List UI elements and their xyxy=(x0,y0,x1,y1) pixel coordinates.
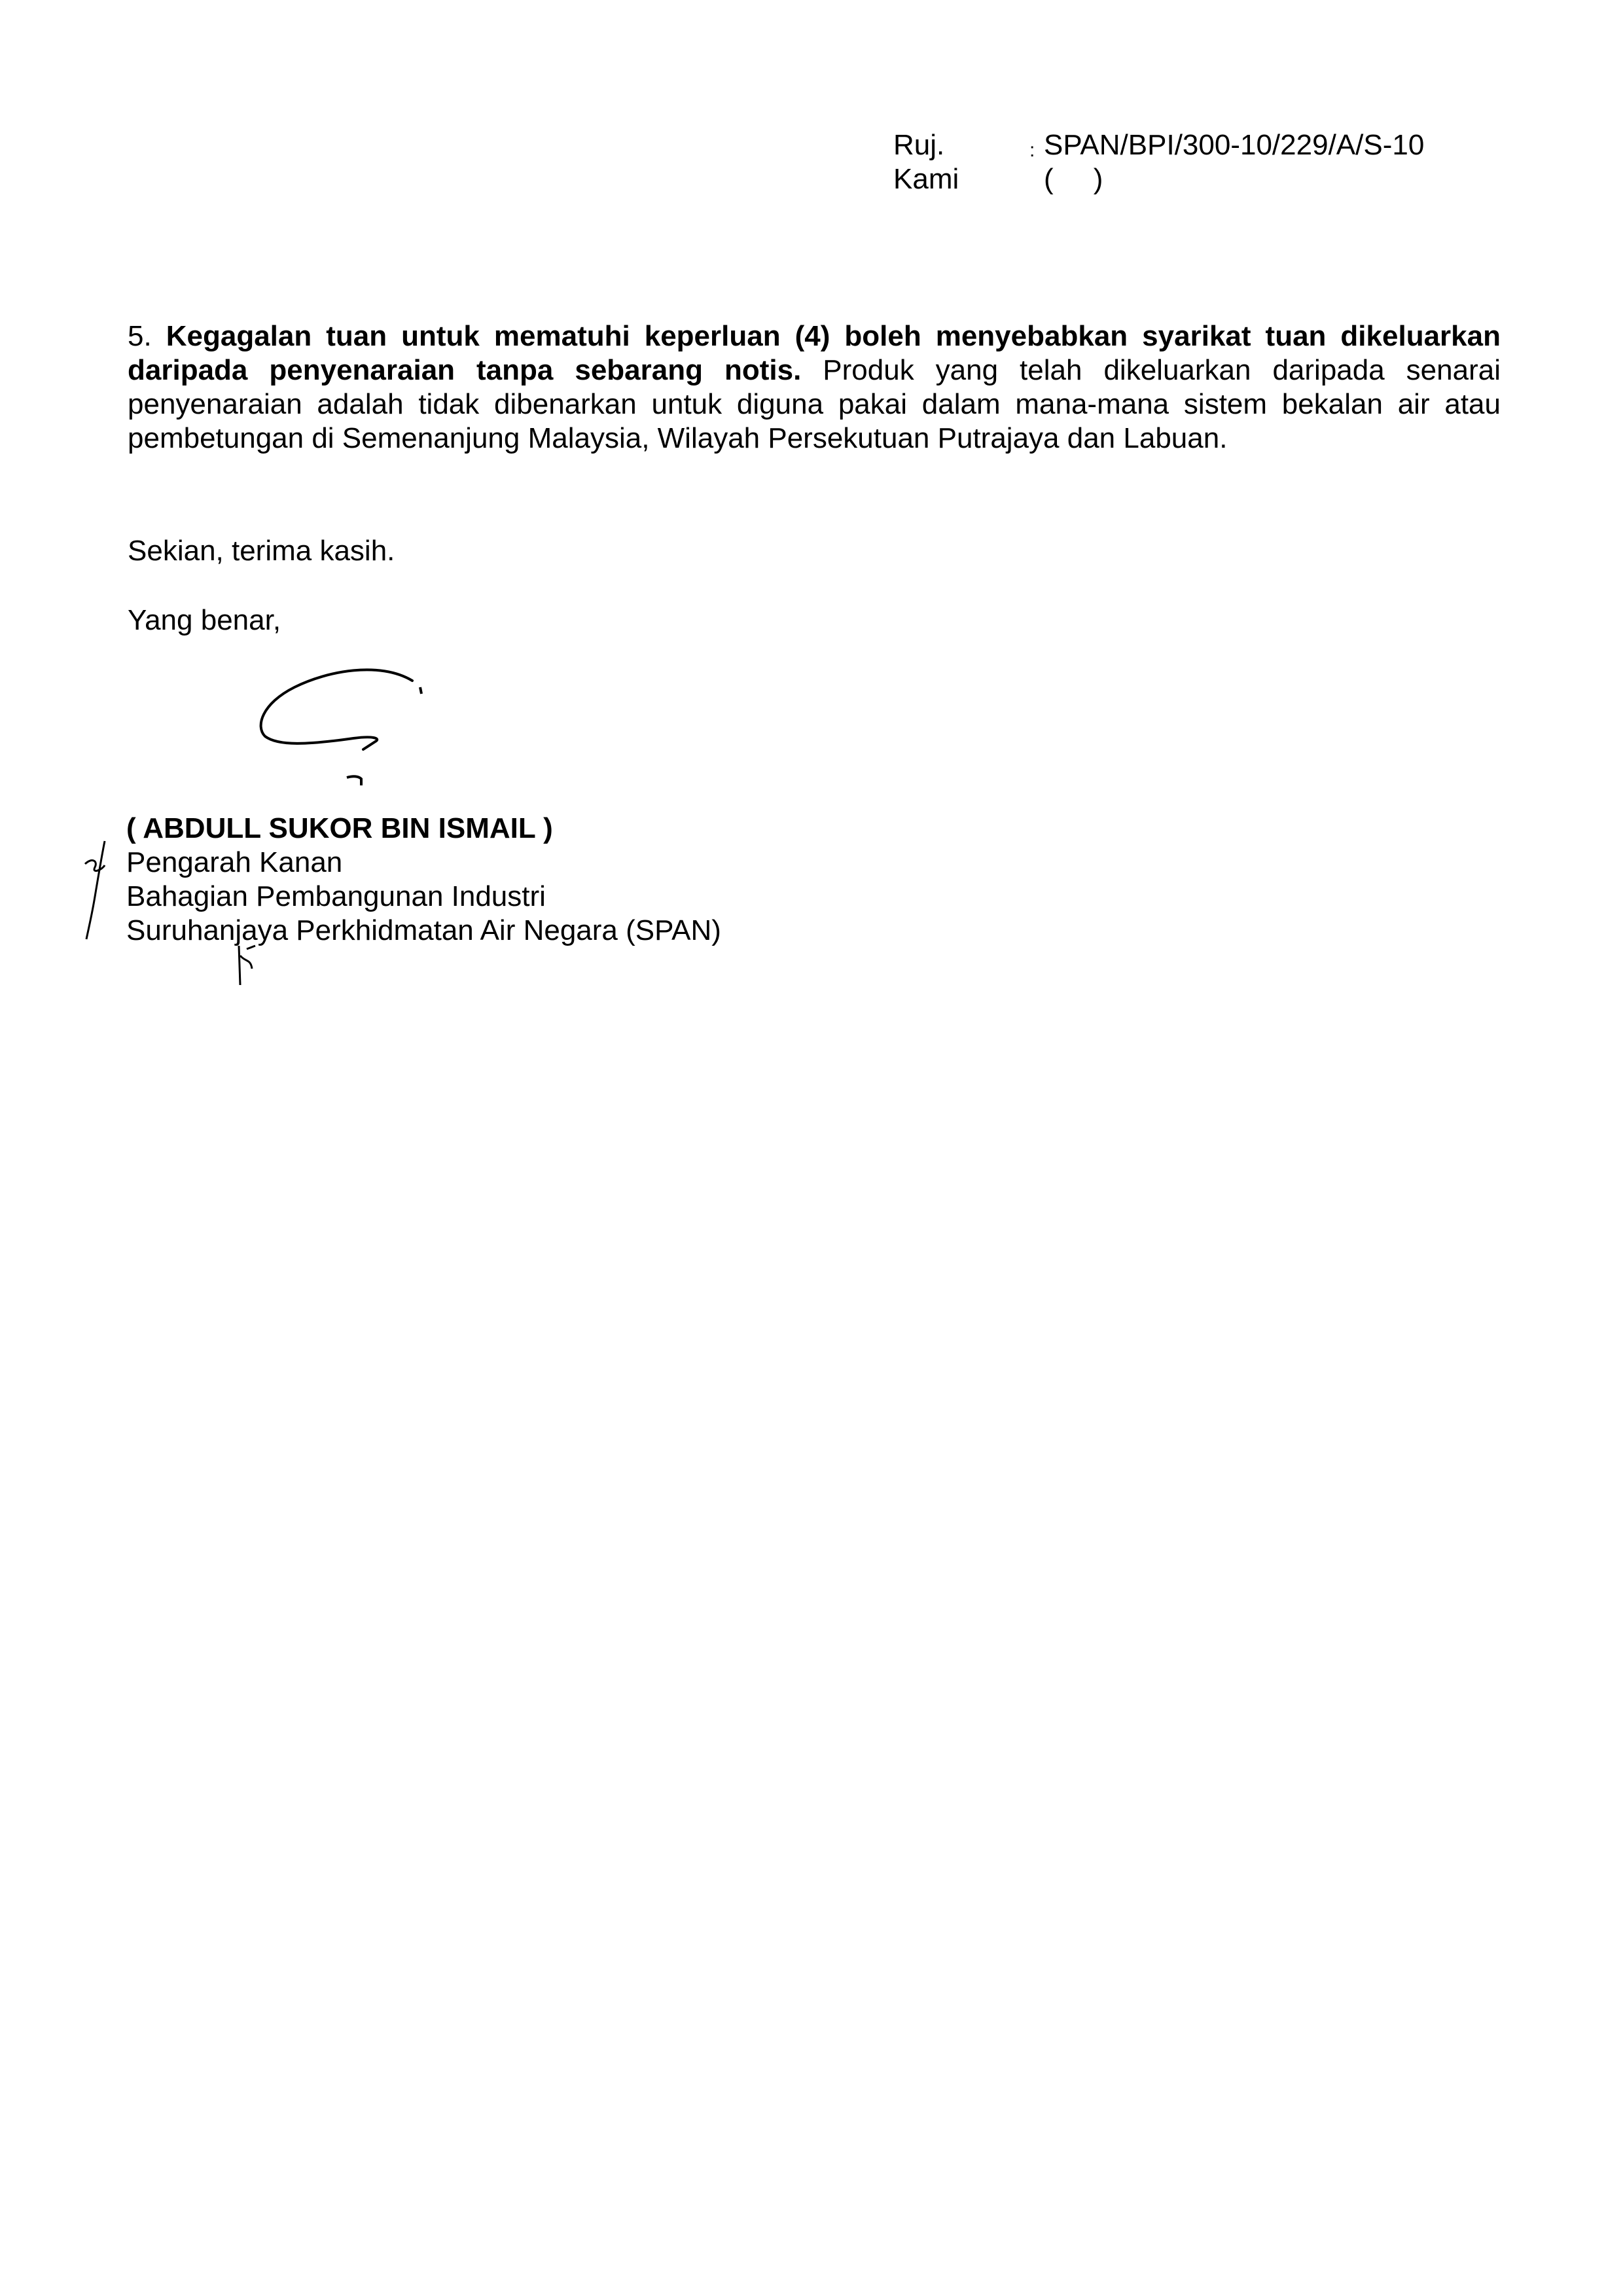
reference-number: SPAN/BPI/300-10/229/A/S-10 xyxy=(1044,128,1424,162)
signatory-division: Bahagian Pembangunan Industri xyxy=(126,880,721,914)
reference-number-kami: ( ) xyxy=(1044,162,1103,196)
signature-icon xyxy=(249,655,432,785)
reference-block: Ruj. : SPAN/BPI/300-10/229/A/S-10 Kami (… xyxy=(893,128,1424,196)
paragraph-5: 5. Kegagalan tuan untuk mematuhi keperlu… xyxy=(128,319,1501,456)
signatory-title: Pengarah Kanan xyxy=(126,846,721,880)
reference-row-kami: Kami ( ) xyxy=(893,162,1424,196)
reference-label-kami: Kami xyxy=(893,162,1024,196)
signatory-block: ( ABDULL SUKOR BIN ISMAIL ) Pengarah Kan… xyxy=(126,812,721,948)
closing-salutation: Yang benar, xyxy=(128,603,281,637)
reference-colon xyxy=(1024,162,1044,196)
signatory-name: ( ABDULL SUKOR BIN ISMAIL ) xyxy=(126,812,721,846)
handwritten-initial-icon xyxy=(79,838,118,942)
handwritten-initial-icon xyxy=(232,942,265,988)
signatory-organization: Suruhanjaya Perkhidmatan Air Negara (SPA… xyxy=(126,914,721,948)
reference-label: Ruj. xyxy=(893,128,1024,162)
closing-thanks: Sekian, terima kasih. xyxy=(128,534,395,568)
paragraph-number: 5. xyxy=(128,320,152,352)
reference-colon: : xyxy=(1024,128,1044,162)
reference-row-ruj: Ruj. : SPAN/BPI/300-10/229/A/S-10 xyxy=(893,128,1424,162)
